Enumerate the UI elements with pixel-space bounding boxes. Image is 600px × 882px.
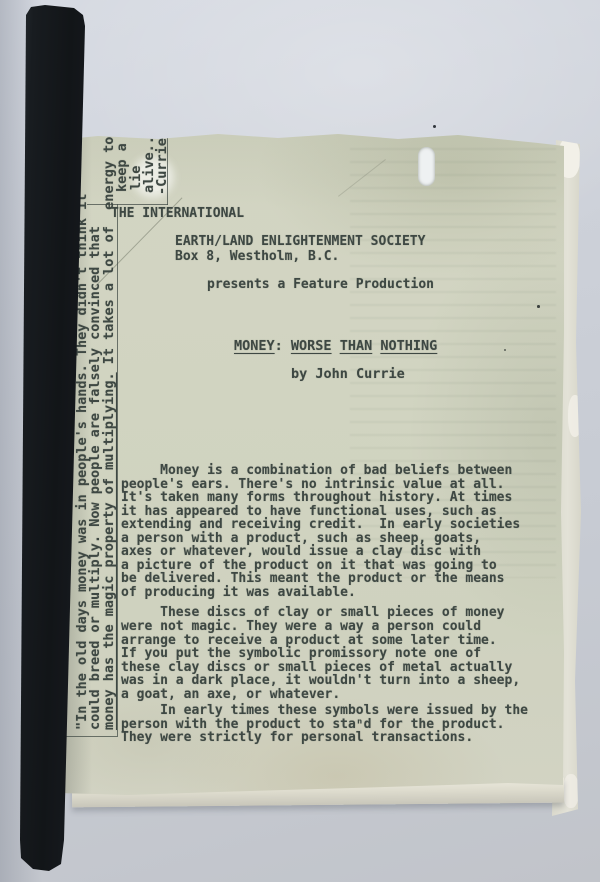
quote-end-line [60, 736, 118, 737]
speck [504, 349, 506, 351]
speck [433, 125, 436, 128]
document-title: MONEY: WORSE THAN NOTHING [234, 338, 437, 354]
title-word: MONEY [234, 338, 275, 354]
quote-line: money has the magic property of multiply… [103, 134, 116, 730]
paper-wear-spot [563, 774, 579, 808]
org-address: Box 8, Westholm, B.C. [175, 250, 339, 264]
document-page: "In the old days money was in people's h… [58, 132, 564, 796]
title-word: WORSE [291, 338, 332, 354]
paper-crease [338, 159, 386, 197]
presents-line: presents a Feature Production [207, 278, 434, 292]
title-word: NOTHING [380, 338, 437, 354]
paragraph-1: Money is a combination of bad beliefs be… [121, 464, 561, 599]
punch-hole [418, 147, 435, 186]
paragraph-3: In early times these symbols were issued… [121, 704, 561, 745]
quote-underlined-phrase: money has the magic property of multiply… [101, 372, 117, 730]
speck [537, 305, 540, 308]
paragraph-2: These discs of clay or small pieces of m… [121, 606, 561, 701]
body-text: Money is a combination of bad beliefs be… [121, 464, 561, 745]
byline: by John Currie [291, 366, 405, 382]
title-colon: : [275, 338, 283, 354]
speck [577, 339, 580, 342]
photo-backdrop: "In the old days money was in people's h… [0, 0, 600, 882]
paper-wear-spot [568, 395, 582, 437]
org-name-line1: THE INTERNATIONAL [111, 207, 244, 221]
org-name-line2: EARTH/LAND ENLIGHTENMENT SOCIETY [175, 235, 425, 249]
title-word: THAN [340, 338, 373, 354]
